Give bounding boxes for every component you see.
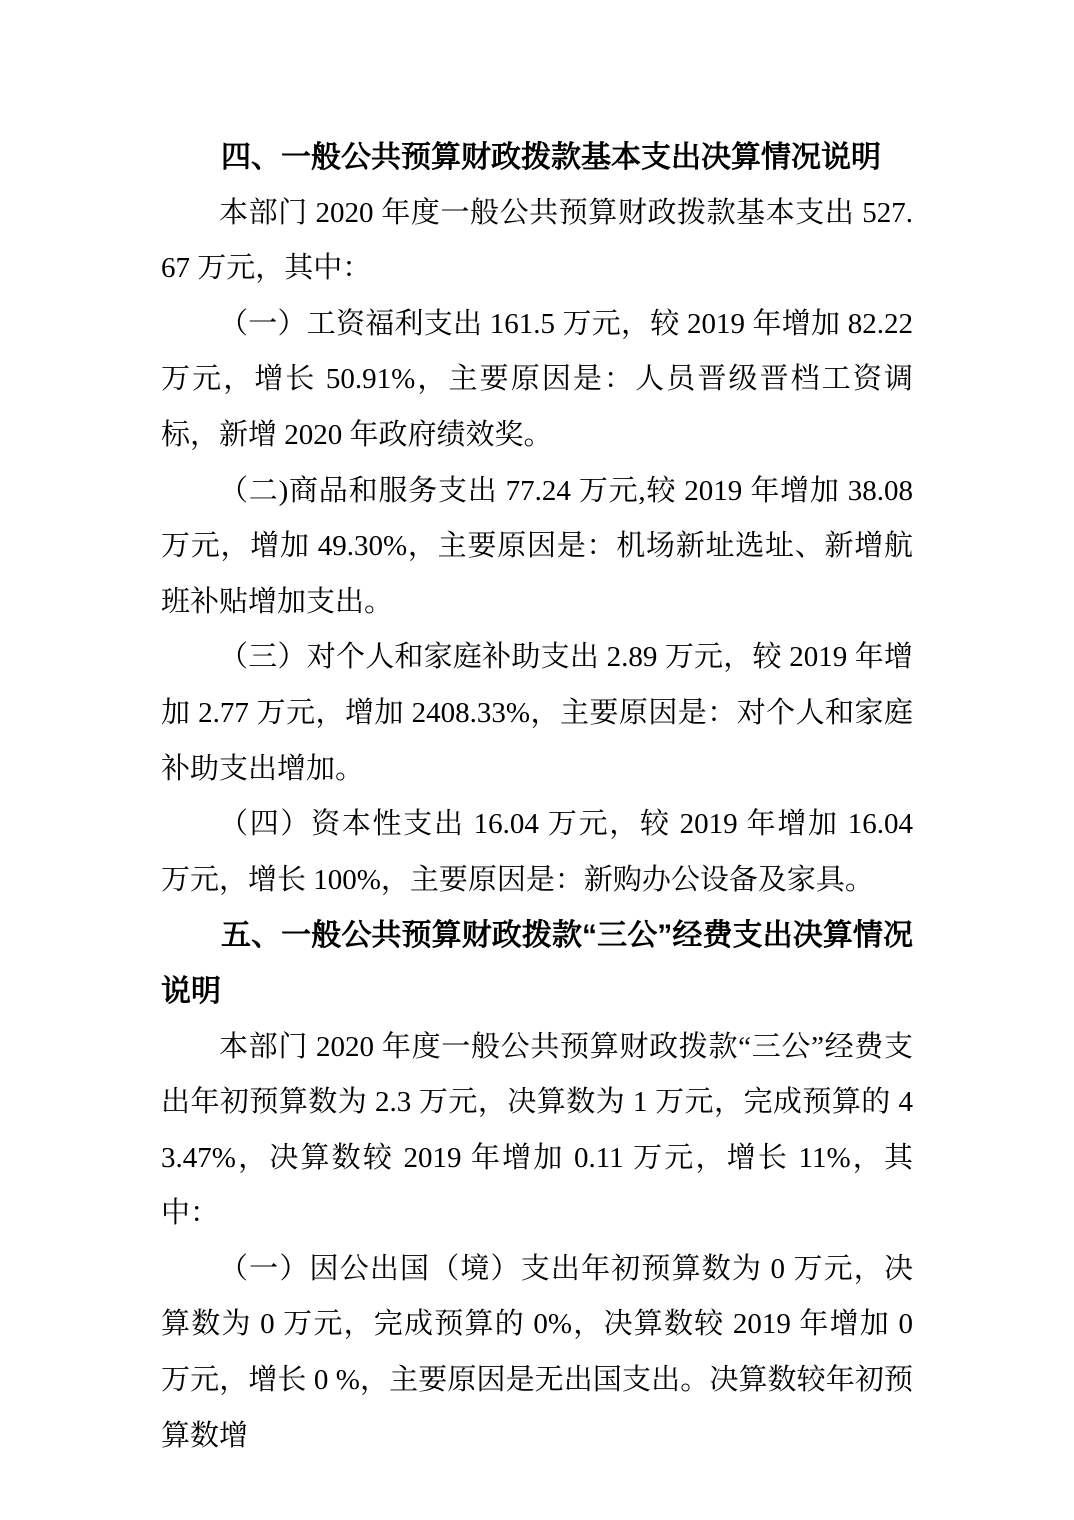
document-page: 四、一般公共预算财政拨款基本支出决算情况说明 本部门 2020 年度一般公共预算… [0, 0, 1074, 1520]
paragraph-item-1-wages-welfare: （一）工资福利支出 161.5 万元，较 2019 年增加 82.22 万元，增… [161, 297, 913, 464]
section-heading-iv-basic-expenditure: 四、一般公共预算财政拨款基本支出决算情况说明 [161, 130, 913, 186]
paragraph-item-2-goods-services: （二)商品和服务支出 77.24 万元,较 2019 年增加 38.08 万元，… [161, 464, 913, 631]
paragraph-item-4-capital-expenditure: （四）资本性支出 16.04 万元，较 2019 年增加 16.04 万元，增长… [161, 797, 913, 908]
paragraph-item-1-overseas-visits: （一）因公出国（境）支出年初预算数为 0 万元，决算数为 0 万元，完成预算的 … [161, 1242, 913, 1464]
document-content: 四、一般公共预算财政拨款基本支出决算情况说明 本部门 2020 年度一般公共预算… [161, 130, 913, 1464]
paragraph-three-public-funds-summary: 本部门 2020 年度一般公共预算财政拨款“三公”经费支出年初预算数为 2.3 … [161, 1020, 913, 1242]
paragraph-basic-expenditure-total: 本部门 2020 年度一般公共预算财政拨款基本支出 527.67 万元，其中： [161, 186, 913, 297]
section-heading-v-three-public-funds: 五、一般公共预算财政拨款“三公”经费支出决算情况说明 [161, 908, 913, 1019]
paragraph-item-3-individual-family-subsidy: （三）对个人和家庭补助支出 2.89 万元，较 2019 年增加 2.77 万元… [161, 630, 913, 797]
